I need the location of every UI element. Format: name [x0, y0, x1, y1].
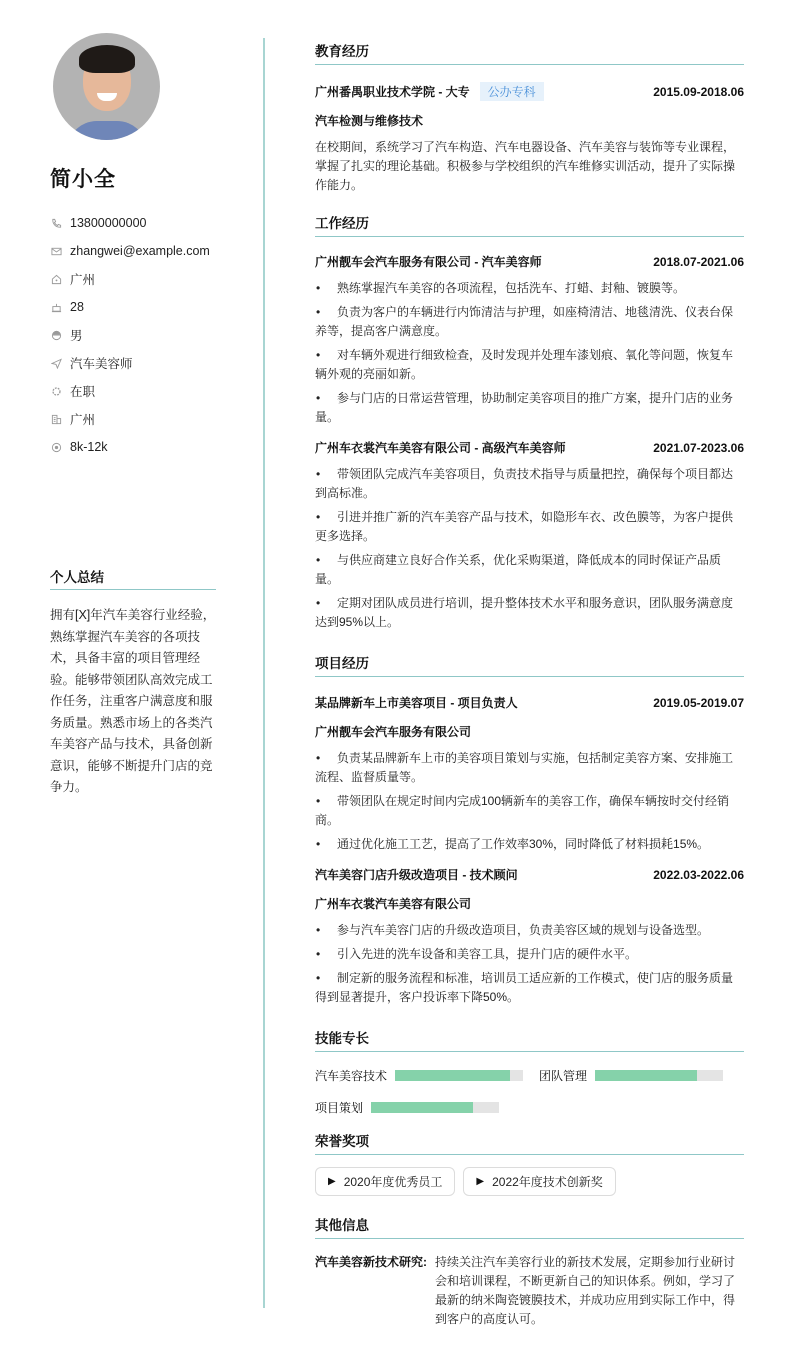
- education-title: 教育经历: [315, 40, 744, 65]
- info-location: 广州: [50, 265, 216, 293]
- work-entry: 广州车衣裳汽车美容有限公司 - 高级汽车美容师 2021.07-2023.06 …: [315, 439, 744, 632]
- education-header: 广州番禺职业技术学院 - 大专 公办专科 2015.09-2018.06: [315, 82, 744, 101]
- info-age: 28: [50, 293, 216, 321]
- play-triangle-icon: ▶: [476, 1176, 484, 1187]
- other-label: 汽车美容新技术研究:: [315, 1253, 435, 1329]
- skill-bar-fill: [395, 1070, 510, 1081]
- phone-value: 13800000000: [70, 216, 146, 230]
- summary-section: 个人总结 拥有[X]年汽车美容行业经验，熟练掌握汽车美容的各项技术，具备丰富的项…: [50, 566, 216, 799]
- award-chip[interactable]: ▶ 2020年度优秀员工: [315, 1167, 455, 1196]
- bullet-item: •熟练掌握汽车美容的各项流程，包括洗车、打蜡、封釉、镀膜等。: [315, 279, 744, 298]
- projects-section: 项目经历 某品牌新车上市美容项目 - 项目负责人 2019.05-2019.07…: [315, 652, 744, 1007]
- salary-icon: [50, 441, 62, 453]
- city-value: 广州: [70, 410, 95, 428]
- bullet-item: •引入先进的洗车设备和美容工具，提升门店的硬件水平。: [315, 945, 744, 964]
- education-description: 在校期间，系统学习了汽车构造、汽车电器设备、汽车美容与装饰等专业课程，掌握了扎实…: [315, 138, 744, 195]
- summary-text: 拥有[X]年汽车美容行业经验，熟练掌握汽车美容的各项技术，具备丰富的项目管理经验…: [50, 605, 216, 799]
- award-label: 2022年度技术创新奖: [492, 1173, 603, 1190]
- gender-icon: [50, 329, 62, 341]
- work-entry: 广州靓车会汽车服务有限公司 - 汽车美容师 2018.07-2021.06 •熟…: [315, 253, 744, 427]
- skill-label: 汽车美容技术: [315, 1067, 387, 1084]
- awards-section: 荣誉奖项 ▶ 2020年度优秀员工 ▶ 2022年度技术创新奖: [315, 1130, 744, 1196]
- award-label: 2020年度优秀员工: [344, 1173, 443, 1190]
- work-title: 工作经历: [315, 212, 744, 237]
- skill-bar: [395, 1070, 523, 1081]
- bullet-item: •定期对团队成员进行培训，提升整体技术水平和服务意识，团队服务满意度达到95%以…: [315, 594, 744, 632]
- bullet-item: •参与门店的日常运营管理，协助制定美容项目的推广方案，提升门店的业务量。: [315, 389, 744, 427]
- project-date: 2022.03-2022.06: [653, 868, 744, 882]
- skill-bar: [595, 1070, 723, 1081]
- other-section: 其他信息 汽车美容新技术研究: 持续关注汽车美容行业的新技术发展，定期参加行业研…: [315, 1214, 744, 1329]
- bullet-item: •带领团队完成汽车美容项目，负责技术指导与质量把控，确保每个项目都达到高标准。: [315, 465, 744, 503]
- bullet-item: •参与汽车美容门店的升级改造项目，负责美容区域的规划与设备选型。: [315, 921, 744, 940]
- skill-label: 项目策划: [315, 1099, 363, 1116]
- bullet-item: •负责某品牌新车上市的美容项目策划与实施，包括制定美容方案、安排施工流程、监督质…: [315, 749, 744, 787]
- cake-icon: [50, 301, 62, 313]
- skills-section: 技能专长 汽车美容技术 团队管理 项目策划: [315, 1027, 744, 1116]
- info-city: 广州: [50, 405, 216, 433]
- skill-item: 团队管理: [539, 1067, 723, 1084]
- gender-value: 男: [70, 326, 83, 344]
- other-title: 其他信息: [315, 1214, 744, 1239]
- bullet-item: •负责为客户的车辆进行内饰清洁与护理，如座椅清洁、地毯清洗、仪表台保养等，提高客…: [315, 303, 744, 341]
- skill-label: 团队管理: [539, 1067, 587, 1084]
- education-date: 2015.09-2018.06: [653, 85, 744, 99]
- info-salary: 8k-12k: [50, 433, 216, 461]
- education-major: 汽车检测与维修技术: [315, 112, 744, 129]
- skill-item: 项目策划: [315, 1099, 499, 1116]
- bullet-item: •通过优化施工工艺，提高了工作效率30%，同时降低了材料损耗15%。: [315, 835, 744, 854]
- skill-bar-fill: [595, 1070, 697, 1081]
- awards-title: 荣誉奖项: [315, 1130, 744, 1155]
- project-date: 2019.05-2019.07: [653, 696, 744, 710]
- skill-bar-fill: [371, 1102, 473, 1113]
- project-heading: 某品牌新车上市美容项目 - 项目负责人: [315, 694, 518, 711]
- project-entry: 某品牌新车上市美容项目 - 项目负责人 2019.05-2019.07 广州靓车…: [315, 694, 744, 854]
- location-value: 广州: [70, 270, 95, 288]
- work-section: 工作经历 广州靓车会汽车服务有限公司 - 汽车美容师 2018.07-2021.…: [315, 212, 744, 632]
- contact-info-list: 13800000000 zhangwei@example.com 广州 28 男…: [50, 209, 216, 461]
- work-heading: 广州车衣裳汽车美容有限公司 - 高级汽车美容师: [315, 439, 566, 456]
- project-company: 广州车衣裳汽车美容有限公司: [315, 895, 744, 912]
- info-phone: 13800000000: [50, 209, 216, 237]
- salary-value: 8k-12k: [70, 440, 108, 454]
- bullet-item: •对车辆外观进行细致检查，及时发现并处理车漆划痕、氧化等问题，恢复车辆外观的亮丽…: [315, 346, 744, 384]
- send-icon: [50, 357, 62, 369]
- education-section: 教育经历 广州番禺职业技术学院 - 大专 公办专科 2015.09-2018.0…: [315, 40, 744, 195]
- column-divider: [263, 38, 265, 1308]
- project-heading: 汽车美容门店升级改造项目 - 技术顾问: [315, 866, 518, 883]
- info-position: 汽车美容师: [50, 349, 216, 377]
- building-icon: [50, 413, 62, 425]
- summary-title: 个人总结: [50, 566, 216, 590]
- other-text: 持续关注汽车美容行业的新技术发展，定期参加行业研讨会和培训课程，不断更新自己的知…: [435, 1253, 744, 1329]
- bullet-item: •与供应商建立良好合作关系，优化采购渠道，降低成本的同时保证产品质量。: [315, 551, 744, 589]
- project-entry: 汽车美容门店升级改造项目 - 技术顾问 2022.03-2022.06 广州车衣…: [315, 866, 744, 1007]
- play-triangle-icon: ▶: [328, 1176, 336, 1187]
- bullet-item: •带领团队在规定时间内完成100辆新车的美容工作，确保车辆按时交付经销商。: [315, 792, 744, 830]
- sidebar: 简小全 13800000000 zhangwei@example.com 广州 …: [50, 33, 216, 461]
- email-value: zhangwei@example.com: [70, 244, 210, 258]
- status-value: 在职: [70, 382, 95, 400]
- home-icon: [50, 273, 62, 285]
- avatar: [53, 33, 160, 140]
- candidate-name: 简小全: [50, 163, 216, 193]
- school-type-badge: 公办专科: [480, 82, 544, 101]
- school-name: 广州番禺职业技术学院 - 大专: [315, 83, 470, 100]
- mail-icon: [50, 245, 62, 257]
- info-email: zhangwei@example.com: [50, 237, 216, 265]
- bullet-item: •引进并推广新的汽车美容产品与技术，如隐形车衣、改色膜等，为客户提供更多选择。: [315, 508, 744, 546]
- info-gender: 男: [50, 321, 216, 349]
- work-date: 2018.07-2021.06: [653, 255, 744, 269]
- skills-title: 技能专长: [315, 1027, 744, 1052]
- main-content: 教育经历 广州番禺职业技术学院 - 大专 公办专科 2015.09-2018.0…: [315, 40, 744, 1329]
- phone-icon: [50, 217, 62, 229]
- status-icon: [50, 385, 62, 397]
- position-value: 汽车美容师: [70, 354, 133, 372]
- skill-item: 汽车美容技术: [315, 1067, 523, 1084]
- work-heading: 广州靓车会汽车服务有限公司 - 汽车美容师: [315, 253, 542, 270]
- award-chip[interactable]: ▶ 2022年度技术创新奖: [463, 1167, 615, 1196]
- project-company: 广州靓车会汽车服务有限公司: [315, 723, 744, 740]
- age-value: 28: [70, 300, 84, 314]
- bullet-item: •制定新的服务流程和标准，培训员工适应新的工作模式，使门店的服务质量得到显著提升…: [315, 969, 744, 1007]
- projects-title: 项目经历: [315, 652, 744, 677]
- skill-bar: [371, 1102, 499, 1113]
- info-status: 在职: [50, 377, 216, 405]
- work-date: 2021.07-2023.06: [653, 441, 744, 455]
